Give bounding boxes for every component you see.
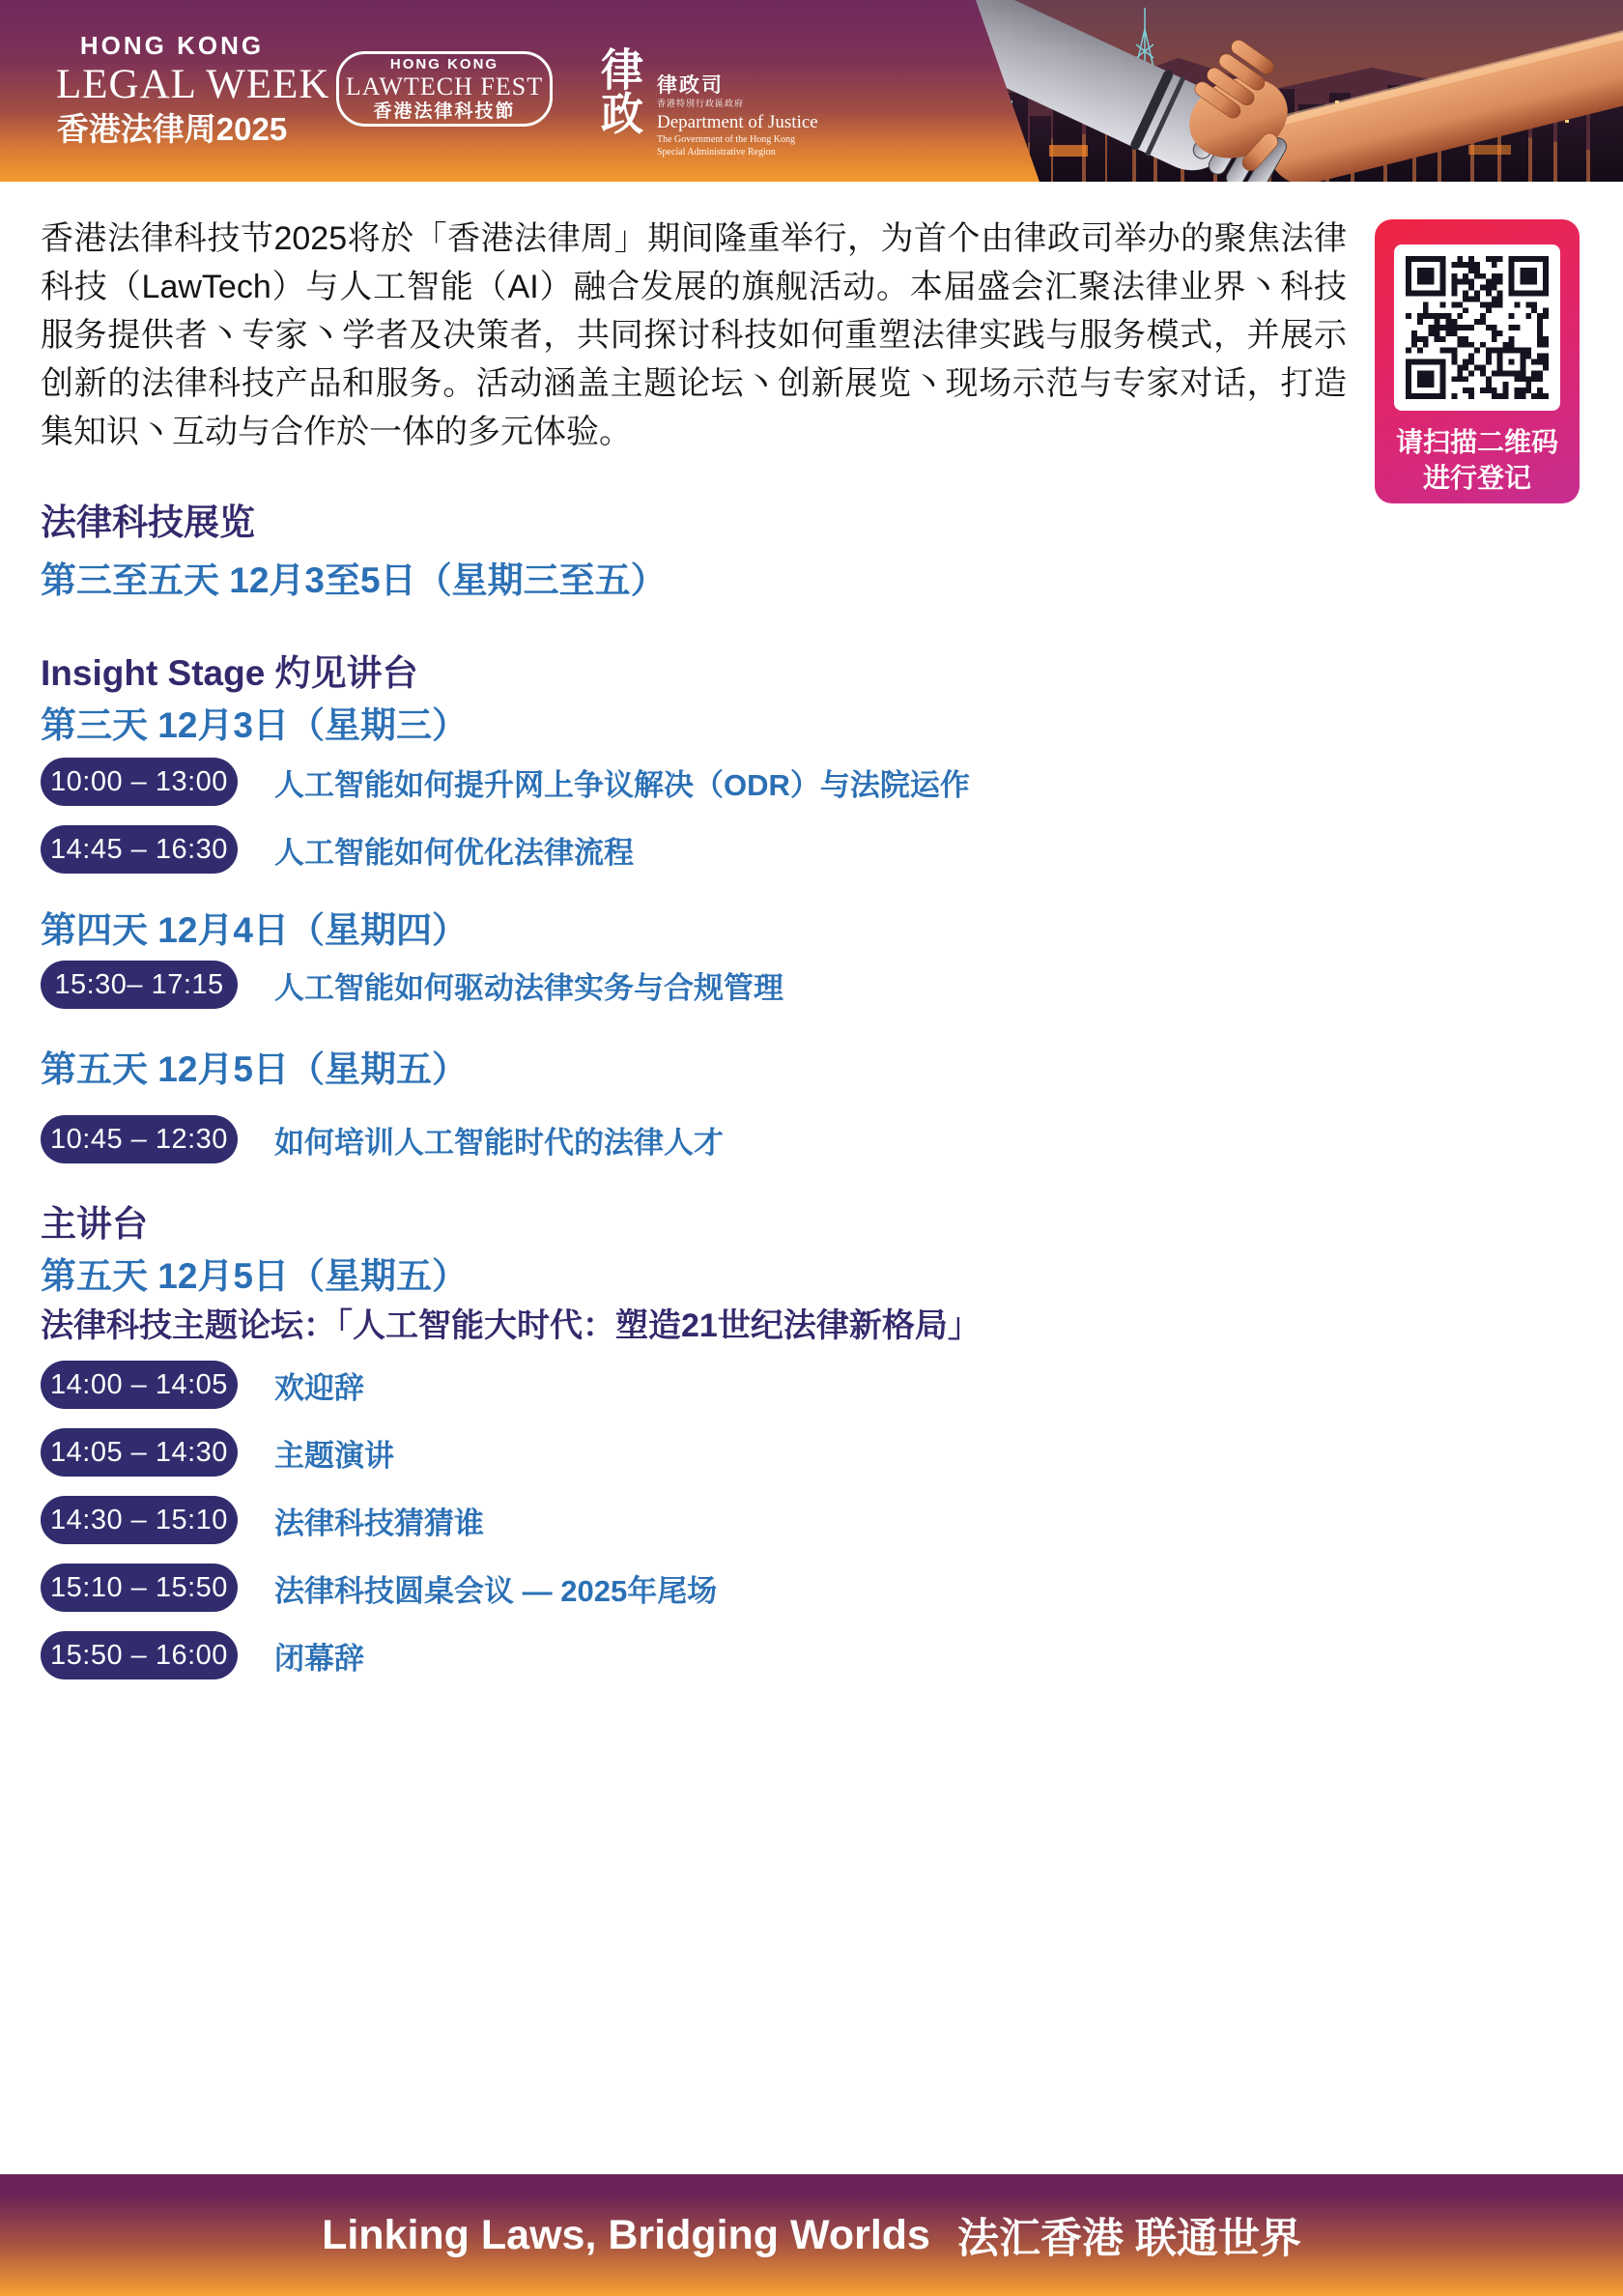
doj-seal-icon: 律 政: [597, 40, 647, 145]
time-pill: 15:30– 17:15: [41, 961, 238, 1009]
header-banner: HONG KONG LEGAL WEEK 香港法律周2025 HONG KONG…: [0, 0, 1623, 182]
event-title: 如何培训人工智能时代的法律人才: [274, 1118, 724, 1162]
lawtech-fest-logo: HONG KONG LAWTECH FEST 香港法律科技節: [336, 51, 553, 127]
event-row: 10:00 – 13:00 人工智能如何提升网上争议解决（ODR）与法院运作: [41, 758, 1393, 806]
time-pill: 14:30 – 15:10: [41, 1496, 238, 1544]
schedule-content: 法律科技展览 第三至五天 12月3至5日（星期三至五） Insight Stag…: [41, 501, 1393, 1679]
footer-banner: Linking Laws, Bridging Worlds 法汇香港 联通世界: [0, 2174, 1623, 2296]
qr-registration-box: 请扫描二维码 进行登记: [1375, 219, 1580, 503]
qr-caption-line1: 请扫描二维码: [1375, 424, 1580, 460]
event-title: 主题演讲: [274, 1431, 394, 1475]
event-title: 闭幕辞: [274, 1634, 364, 1678]
event-title: 人工智能如何驱动法律实务与合规管理: [274, 963, 783, 1007]
doj-logo: 律 政 律政司 香港特別行政區政府 Department of Justice …: [597, 43, 818, 158]
event-row: 14:00 – 14:05 欢迎辞: [41, 1361, 1393, 1409]
doj-en-sub2: Special Administrative Region: [657, 147, 818, 159]
date-line: 第四天 12月4日（星期四）: [41, 908, 1393, 953]
time-pill: 10:45 – 12:30: [41, 1115, 238, 1163]
qr-panel: [1394, 244, 1560, 411]
legal-week-logo-line3: 香港法律周2025: [56, 113, 288, 145]
doj-en-sub1: The Government of the Hong Kong: [657, 134, 818, 147]
event-row: 15:30– 17:15 人工智能如何驱动法律实务与合规管理: [41, 961, 1393, 1009]
time-pill: 10:00 – 13:00: [41, 758, 238, 806]
footer-slogan-cn: 法汇香港 联通世界: [957, 2206, 1301, 2265]
qr-caption: 请扫描二维码 进行登记: [1375, 424, 1580, 496]
section-insight-stage: Insight Stage 灼见讲台 第三天 12月3日（星期三） 10:00 …: [41, 651, 1393, 1163]
event-row: 15:10 – 15:50 法律科技圆桌会议 — 2025年尾场: [41, 1564, 1393, 1612]
event-title: 法律科技猜猜谁: [274, 1499, 484, 1542]
time-pill: 15:10 – 15:50: [41, 1564, 238, 1612]
date-line: 第三至五天 12月3至5日（星期三至五）: [41, 559, 1393, 603]
intro-paragraph: 香港法律科技节2025将於「香港法律周」期间隆重举行，为首个由律政司举办的聚焦法…: [41, 215, 1347, 456]
doj-seal-char2: 政: [601, 93, 643, 136]
qr-caption-line2: 进行登记: [1375, 460, 1580, 496]
event-row: 14:05 – 14:30 主题演讲: [41, 1428, 1393, 1477]
event-title: 欢迎辞: [274, 1363, 364, 1407]
handshake-photo: [966, 0, 1623, 182]
doj-en-sub: The Government of the Hong Kong Special …: [657, 134, 818, 158]
event-list: 10:00 – 13:00 人工智能如何提升网上争议解决（ODR）与法院运作 1…: [41, 758, 1393, 874]
event-row: 14:45 – 16:30 人工智能如何优化法律流程: [41, 825, 1393, 874]
time-pill: 14:45 – 16:30: [41, 825, 238, 874]
qr-code: [1406, 256, 1549, 399]
lawtech-fest-logo-line3: 香港法律科技節: [339, 101, 550, 123]
date-line: 第五天 12月5日（星期五）: [41, 1048, 1393, 1092]
event-title: 人工智能如何提升网上争议解决（ODR）与法院运作: [274, 761, 970, 804]
section-exhibition: 法律科技展览 第三至五天 12月3至5日（星期三至五）: [41, 501, 1393, 603]
lawtech-fest-logo-line1: HONG KONG: [339, 56, 550, 72]
event-list: 14:00 – 14:05 欢迎辞 14:05 – 14:30 主题演讲 14:…: [41, 1361, 1393, 1679]
section-title: 主讲台: [41, 1202, 1393, 1247]
doj-en-name: Department of Justice: [657, 113, 818, 131]
time-pill: 15:50 – 16:00: [41, 1631, 238, 1679]
event-row: 10:45 – 12:30 如何培训人工智能时代的法律人才: [41, 1115, 1393, 1163]
event-row: 15:50 – 16:00 闭幕辞: [41, 1631, 1393, 1679]
date-line: 第五天 12月5日（星期五）: [41, 1254, 1393, 1299]
time-pill: 14:05 – 14:30: [41, 1428, 238, 1477]
flyer-page: HONG KONG LEGAL WEEK 香港法律周2025 HONG KONG…: [0, 0, 1623, 2296]
event-row: 14:30 – 15:10 法律科技猜猜谁: [41, 1496, 1393, 1544]
event-title: 法律科技圆桌会议 — 2025年尾场: [274, 1566, 717, 1610]
footer-slogan-en: Linking Laws, Bridging Worlds: [322, 2212, 930, 2259]
date-line: 第三天 12月3日（星期三）: [41, 703, 1393, 748]
section-title: 法律科技展览: [41, 501, 1393, 545]
section-main-stage: 主讲台 第五天 12月5日（星期五） 法律科技主题论坛：「人工智能大时代：塑造2…: [41, 1202, 1393, 1679]
legal-week-logo: HONG KONG LEGAL WEEK 香港法律周2025: [56, 33, 288, 145]
event-title: 人工智能如何优化法律流程: [274, 828, 634, 872]
doj-cn-name: 律政司: [657, 75, 818, 96]
forum-subtitle: 法律科技主题论坛：「人工智能大时代：塑造21世纪法律新格局」: [41, 1305, 1393, 1347]
legal-week-logo-line1: HONG KONG: [56, 33, 288, 58]
event-list: 10:45 – 12:30 如何培训人工智能时代的法律人才: [41, 1115, 1393, 1163]
doj-logo-text: 律政司 香港特別行政區政府 Department of Justice The …: [657, 75, 818, 158]
doj-cn-sub: 香港特別行政區政府: [657, 100, 818, 108]
lawtech-fest-logo-line2: LAWTECH FEST: [339, 72, 550, 101]
time-pill: 14:00 – 14:05: [41, 1361, 238, 1409]
doj-seal-char1: 律: [601, 49, 643, 93]
handshake-photo-art: [966, 0, 1623, 182]
legal-week-logo-line2: LEGAL WEEK: [56, 64, 288, 105]
event-list: 15:30– 17:15 人工智能如何驱动法律实务与合规管理: [41, 961, 1393, 1009]
section-title: Insight Stage 灼见讲台: [41, 651, 1393, 696]
